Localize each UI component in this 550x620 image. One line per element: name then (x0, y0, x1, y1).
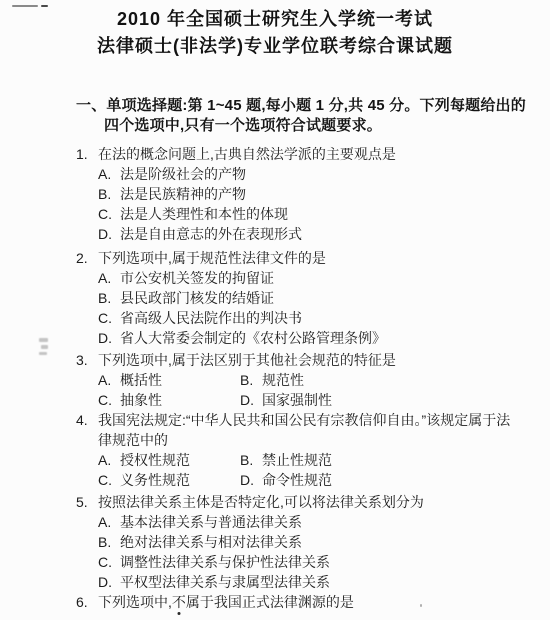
option-text: 平权型法律关系与隶属型法律关系 (120, 572, 528, 592)
option-letter: D. (98, 572, 120, 592)
title-line-1: 2010 年全国硕士研究生入学统一考试 (0, 6, 550, 33)
question-stem: 在法的概念问题上,古典自然法学派的主要观点是 (98, 144, 522, 164)
question-stem: 下列选项中,属于规范性法律文件的是 (98, 248, 522, 268)
option-letter: A. (98, 370, 120, 390)
options-list: A. 市公安机关签发的拘留证 B. 县民政部门核发的结婚证 C. 省高级人民法院… (98, 268, 528, 348)
option-text: 县民政部门核发的结婚证 (120, 288, 528, 308)
option-c: C. 义务性规范 (98, 470, 240, 490)
option-letter: D. (98, 328, 120, 348)
question-stem: 下列选项中,属于法区别于其他社会规范的特征是 (98, 350, 522, 370)
question-1: 1. 在法的概念问题上,古典自然法学派的主要观点是 A. 法是阶级社会的产物 B… (76, 144, 528, 244)
options-list: A. 概括性 B. 规范性 C. 抽象性 D. 国家强制性 (98, 370, 528, 410)
option-c: C. 调整性法律关系与保护性法律关系 (98, 552, 528, 572)
option-text: 禁止性规范 (262, 450, 528, 470)
option-text: 省高级人民法院作出的判决书 (120, 308, 528, 328)
option-text: 省人大常委会制定的《农村公路管理条例》 (120, 328, 528, 348)
margin-smudge-artifact (39, 338, 50, 358)
option-a: A. 授权性规范 (98, 450, 240, 470)
option-text: 绝对法律关系与相对法律关系 (120, 532, 528, 552)
exam-content: 一、单项选择题:第 1~45 题,每小题 1 分,共 45 分。下列每题给出的 … (76, 96, 528, 612)
option-c: C. 省高级人民法院作出的判决书 (98, 308, 528, 328)
option-text: 法是民族精神的产物 (120, 184, 528, 204)
emphasized-character: 不 (172, 592, 186, 612)
option-text: 法是阶级社会的产物 (120, 164, 528, 184)
section-heading-line-1: 一、单项选择题:第 1~45 题,每小题 1 分,共 45 分。下列每题给出的 (76, 96, 528, 116)
option-d: D. 平权型法律关系与隶属型法律关系 (98, 572, 528, 592)
option-text: 法是人类理性和本性的体现 (120, 204, 528, 224)
question-number: 5. (76, 492, 98, 512)
question-3: 3. 下列选项中,属于法区别于其他社会规范的特征是 A. 概括性 B. 规范性 … (76, 350, 528, 410)
option-a: A. 概括性 (98, 370, 240, 390)
question-number: 2. (76, 248, 98, 268)
stem-text: 属于我国正式法律渊源的是 (186, 594, 354, 610)
option-letter: B. (240, 370, 262, 390)
question-number: 1. (76, 144, 98, 164)
question-5: 5. 按照法律关系主体是否特定化,可以将法律关系划分为 A. 基本法律关系与普通… (76, 492, 528, 592)
option-text: 基本法律关系与普通法律关系 (120, 512, 528, 532)
question-number: 3. (76, 350, 98, 370)
option-letter: C. (98, 308, 120, 328)
option-d: D. 命令性规范 (240, 470, 528, 490)
option-a: A. 基本法律关系与普通法律关系 (98, 512, 528, 532)
question-6: 6. 下列选项中,不属于我国正式法律渊源的是 (76, 592, 528, 612)
option-letter: C. (98, 470, 120, 490)
scanned-exam-page: 2010 年全国硕士研究生入学统一考试 法律硕士(非法学)专业学位联考综合课试题… (0, 0, 550, 620)
option-a: A. 法是阶级社会的产物 (98, 164, 528, 184)
option-letter: D. (240, 390, 262, 410)
option-letter: A. (98, 512, 120, 532)
option-letter: B. (98, 532, 120, 552)
option-text: 概括性 (120, 370, 240, 390)
option-c: C. 抽象性 (98, 390, 240, 410)
option-text: 义务性规范 (120, 470, 240, 490)
option-b: B. 法是民族精神的产物 (98, 184, 528, 204)
option-letter: B. (98, 288, 120, 308)
option-letter: A. (98, 268, 120, 288)
option-letter: B. (240, 450, 262, 470)
option-text: 抽象性 (120, 390, 240, 410)
stem-text: 下列选项中, (98, 594, 172, 610)
question-stem: 我国宪法规定:“中华人民共和国公民有宗教信仰自由。”该规定属于法律规范中的 (98, 410, 522, 450)
options-list: A. 法是阶级社会的产物 B. 法是民族精神的产物 C. 法是人类理性和本性的体… (98, 164, 528, 244)
option-text: 规范性 (262, 370, 528, 390)
option-text: 调整性法律关系与保护性法律关系 (120, 552, 528, 572)
option-a: A. 市公安机关签发的拘留证 (98, 268, 528, 288)
option-text: 市公安机关签发的拘留证 (120, 268, 528, 288)
option-d: D. 国家强制性 (240, 390, 528, 410)
option-b: B. 规范性 (240, 370, 528, 390)
option-letter: C. (98, 390, 120, 410)
document-title: 2010 年全国硕士研究生入学统一考试 法律硕士(非法学)专业学位联考综合课试题 (0, 6, 550, 60)
option-d: D. 省人大常委会制定的《农村公路管理条例》 (98, 328, 528, 348)
question-4: 4. 我国宪法规定:“中华人民共和国公民有宗教信仰自由。”该规定属于法律规范中的… (76, 410, 528, 490)
section-heading-line-2: 四个选项中,只有一个选项符合试题要求。 (104, 116, 528, 136)
title-line-2: 法律硕士(非法学)专业学位联考综合课试题 (0, 33, 550, 60)
option-letter: B. (98, 184, 120, 204)
option-text: 法是自由意志的外在表现形式 (120, 224, 528, 244)
option-letter: A. (98, 164, 120, 184)
option-letter: D. (240, 470, 262, 490)
question-2: 2. 下列选项中,属于规范性法律文件的是 A. 市公安机关签发的拘留证 B. 县… (76, 248, 528, 348)
option-text: 授权性规范 (120, 450, 240, 470)
options-list: A. 授权性规范 B. 禁止性规范 C. 义务性规范 D. 命令性规范 (98, 450, 528, 490)
question-number: 6. (76, 592, 98, 612)
option-b: B. 县民政部门核发的结婚证 (98, 288, 528, 308)
option-letter: D. (98, 224, 120, 244)
option-b: B. 绝对法律关系与相对法律关系 (98, 532, 528, 552)
question-number: 4. (76, 410, 98, 430)
section-heading: 一、单项选择题:第 1~45 题,每小题 1 分,共 45 分。下列每题给出的 … (76, 96, 528, 136)
option-letter: C. (98, 204, 120, 224)
option-text: 命令性规范 (262, 470, 528, 490)
option-text: 国家强制性 (262, 390, 528, 410)
options-list: A. 基本法律关系与普通法律关系 B. 绝对法律关系与相对法律关系 C. 调整性… (98, 512, 528, 592)
option-d: D. 法是自由意志的外在表现形式 (98, 224, 528, 244)
option-c: C. 法是人类理性和本性的体现 (98, 204, 528, 224)
question-stem: 下列选项中,不属于我国正式法律渊源的是 (98, 592, 522, 612)
question-stem: 按照法律关系主体是否特定化,可以将法律关系划分为 (98, 492, 522, 512)
option-letter: A. (98, 450, 120, 470)
option-b: B. 禁止性规范 (240, 450, 528, 470)
option-letter: C. (98, 552, 120, 572)
